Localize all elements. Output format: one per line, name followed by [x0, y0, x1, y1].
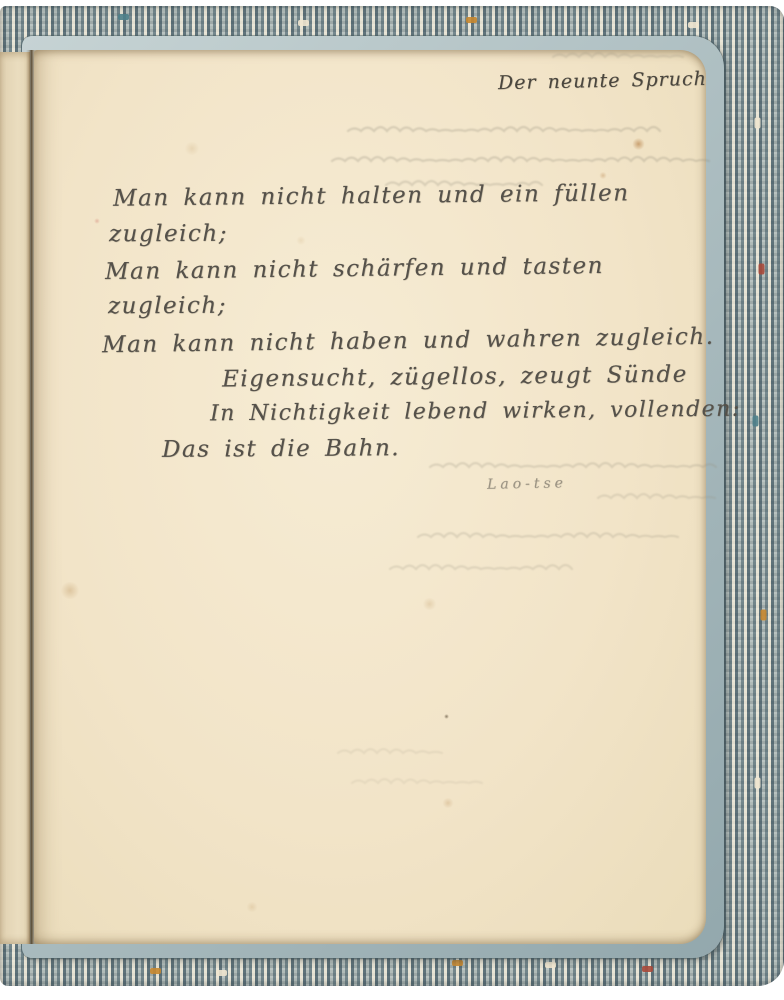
- foxing-spot: [94, 218, 100, 224]
- bleed-through-line: [430, 458, 715, 472]
- foxing-spot: [422, 598, 437, 610]
- fabric-thread-fleck: [759, 264, 765, 275]
- fabric-thread-fleck: [642, 966, 653, 972]
- bleed-through-line: [348, 122, 648, 136]
- bleed-through-line: [553, 48, 683, 62]
- fabric-thread-fleck: [688, 22, 699, 28]
- poem-line: Man kann nicht halten und ein füllen: [113, 180, 630, 211]
- foxing-spot: [246, 902, 258, 912]
- fabric-thread-fleck: [466, 17, 477, 23]
- fabric-thread-fleck: [298, 20, 309, 26]
- fabric-thread-fleck: [761, 610, 767, 621]
- bleed-through-line: [418, 528, 678, 542]
- poem-line: In Nichtigkeit lebend wirken, vollenden:: [210, 397, 741, 427]
- fabric-thread-fleck: [755, 778, 761, 789]
- fabric-thread-fleck: [755, 118, 761, 129]
- bleed-through-line: [332, 152, 702, 166]
- fabric-thread-fleck: [118, 14, 129, 20]
- bleed-through-line: [338, 744, 433, 758]
- foxing-spot: [599, 172, 607, 179]
- fabric-thread-fleck: [452, 960, 463, 966]
- fabric-thread-fleck: [545, 962, 556, 968]
- foxing-spot: [632, 138, 645, 150]
- foxing-spot: [184, 142, 200, 155]
- poem-line: Eigensucht, zügellos, zeugt Sünde: [222, 362, 688, 393]
- bleed-through-line: [352, 774, 482, 788]
- fabric-thread-fleck: [150, 968, 161, 974]
- foxing-spot: [60, 582, 80, 599]
- poem-line: zugleich;: [109, 221, 228, 248]
- fabric-thread-fleck: [216, 970, 227, 976]
- foxing-spot: [444, 714, 449, 719]
- notebook-photograph: Der neunte Spruch Man kann nicht halten …: [0, 0, 784, 1000]
- fabric-thread-fleck: [753, 416, 759, 427]
- foxing-spot: [442, 798, 454, 808]
- poem-line: Das ist die Bahn.: [162, 435, 400, 463]
- bleed-through-line: [390, 560, 560, 574]
- bleed-through-line: [598, 489, 713, 503]
- foxing-spot: [296, 236, 306, 245]
- author-attribution: Lao-tse: [487, 475, 567, 492]
- chapter-heading: Der neunte Spruch: [498, 68, 707, 94]
- poem-line: zugleich;: [108, 293, 227, 320]
